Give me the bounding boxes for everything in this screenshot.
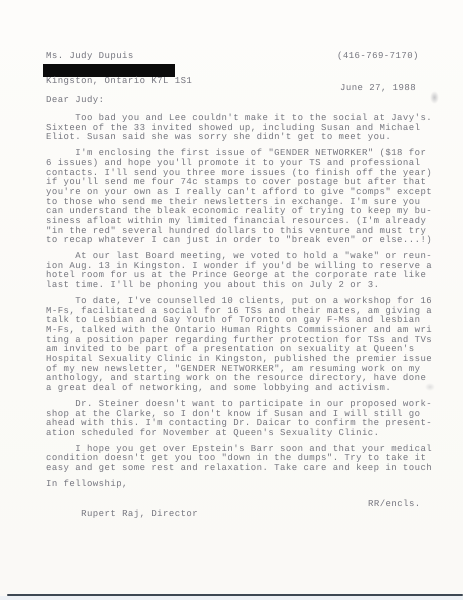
signature-row: Rupert Raj, Director RR/encls. bbox=[46, 500, 456, 539]
scan-smudge bbox=[425, 383, 435, 391]
salutation: Dear Judy: bbox=[46, 96, 105, 106]
letter-page: Ms. Judy Dupuis (416-769-7170) Kingston,… bbox=[0, 0, 463, 600]
reference-initials: RR/encls. bbox=[368, 500, 421, 510]
letter-body: Too bad you and Lee couldn't make it to … bbox=[46, 114, 456, 539]
scan-edge-glow bbox=[0, 596, 463, 600]
paragraph-2: I'm enclosing the first issue of "GENDER… bbox=[46, 149, 456, 246]
paragraph-4: To date, I've counselled 10 clients, put… bbox=[46, 297, 456, 394]
scan-smudge bbox=[430, 91, 439, 104]
paragraph-3: At our last Board meeting, we voted to h… bbox=[46, 252, 456, 291]
phone-number: (416-769-7170) bbox=[337, 52, 419, 62]
paragraph-5: Dr. Steiner doesn't want to participate … bbox=[46, 400, 456, 439]
closing-line: In fellowship, bbox=[46, 480, 456, 490]
scan-bottom-edge bbox=[7, 594, 463, 596]
recipient-city-line: Kingston, Ontario K7L 1S1 bbox=[46, 77, 192, 87]
signature-name: Rupert Raj, Director bbox=[81, 509, 198, 519]
letter-date: June 27, 1988 bbox=[340, 84, 416, 94]
paragraph-1: Too bad you and Lee couldn't make it to … bbox=[46, 114, 456, 143]
recipient-name: Ms. Judy Dupuis bbox=[46, 52, 134, 62]
paragraph-6: I hope you get over Epstein's Barr soon … bbox=[46, 445, 456, 474]
